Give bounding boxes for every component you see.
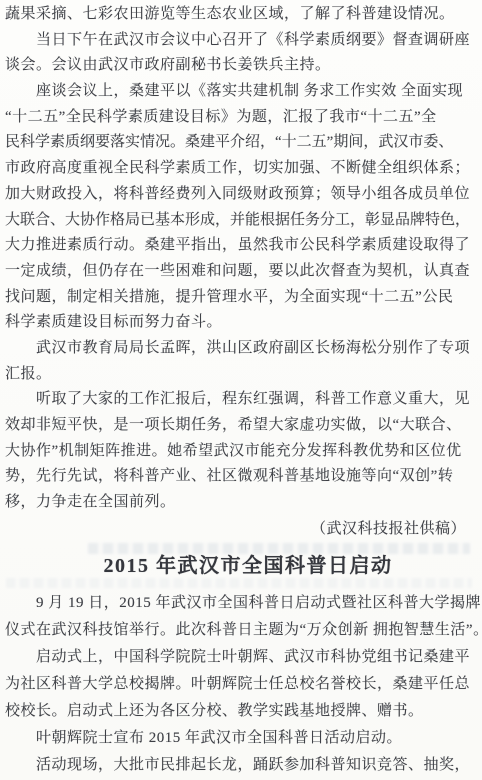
showthrough-artifact (6, 578, 472, 588)
text-line: 科学素质建设目标而努力奋斗。 (5, 310, 470, 336)
text-line: 为社区科普大学总校揭牌。叶朝辉院士任总校名誉校长，桑建平任总 (5, 671, 470, 698)
text-line: 叶朝辉院士宣布 2015 年武汉市全国科普日活动启动。 (5, 725, 470, 752)
text-line: 大力推进素质行动。桑建平指出，虽然我市公民科学素质建设取得了 (5, 233, 470, 259)
text-line: 势，先行先试，将科普产业、社区微观科普基地设施等向“双创”转 (5, 464, 470, 490)
text-line: 校校长。启动式上还为各区分校、教学实践基地授牌、赠书。 (5, 698, 470, 725)
text-line: 加大财政投入，将科普经费列入同级财政预算；领导小组各成员单位 (5, 182, 470, 208)
byline-source-credit: （武汉科技报社供稿） (5, 516, 470, 542)
text-line: 汇报。 (5, 362, 470, 388)
text-line: 武汉市教育局局长孟晖，洪山区政府副区长杨海松分别作了专项 (5, 336, 470, 362)
text-line: 移，力争走在全国前列。 (5, 490, 470, 516)
text-line: 谈会。会议由武汉市政府副秘书长姜铁兵主持。 (5, 53, 470, 79)
text-line: 座谈会议上，桑建平以《落实共建机制 务求工作实效 全面实现 (5, 79, 470, 105)
article-title: 2015 年武汉市全国科普日启动 (14, 553, 482, 579)
text-line: 当日下午在武汉市会议中心召开了《科学素质纲要》督查调研座 (5, 28, 470, 54)
text-line: 仪式在武汉科技馆举行。此次科普日主题为“万众创新 拥抱智慧生活”。 (5, 617, 470, 644)
text-line: “十二五”全民科学素质建设目标》为题，汇报了我市“十二五”全 (5, 105, 470, 131)
text-line: 大协作”机制矩阵推进。她希望武汉市能充分发挥科教优势和区位优 (5, 439, 470, 465)
text-line: 一定成绩，但仍存在一些困难和问题，要以此次督查为契机，认真查 (5, 259, 470, 285)
text-line: 民科学素质纲要落实情况。桑建平介绍，“十二五”期间，武汉市委、 (5, 130, 470, 156)
text-line: 市政府高度重视全民科学素质工作，切实加强、不断健全组织体系； (5, 156, 470, 182)
text-line: 听取了大家的工作汇报后，程东红强调，科普工作意义重大，见 (5, 387, 470, 413)
text-line: 启动式上，中国科学院院士叶朝辉、武汉市科协党组书记桑建平 (5, 644, 470, 671)
text-line: 活动现场，大批市民排起长龙，踊跃参加科普知识竞答、抽奖， (5, 752, 470, 779)
text-line: 找问题，制定相关措施，提升管理水平，为全面实现“十二五”公民 (5, 285, 470, 311)
document-page: 蔬果采摘、七彩农田游览等生态农业区域，了解了科普建设情况。 当日下午在武汉市会议… (0, 0, 482, 780)
article-kepu-day-launch: 9 月 19 日，2015 年武汉市全国科普日启动式暨社区科普大学揭牌 仪式在武… (5, 590, 470, 779)
text-line: 大联合、大协作格局已基本形成，并能根据任务分工，彰显品牌特色， (5, 208, 470, 234)
text-line: 蔬果采摘、七彩农田游览等生态农业区域，了解了科普建设情况。 (5, 2, 470, 28)
text-line: 效却非短平快，是一项长期任务，希望大家虚功实做，以“大联合、 (5, 413, 470, 439)
article-supervision-report: 蔬果采摘、七彩农田游览等生态农业区域，了解了科普建设情况。 当日下午在武汉市会议… (5, 2, 470, 542)
text-line: 9 月 19 日，2015 年武汉市全国科普日启动式暨社区科普大学揭牌 (5, 590, 470, 617)
